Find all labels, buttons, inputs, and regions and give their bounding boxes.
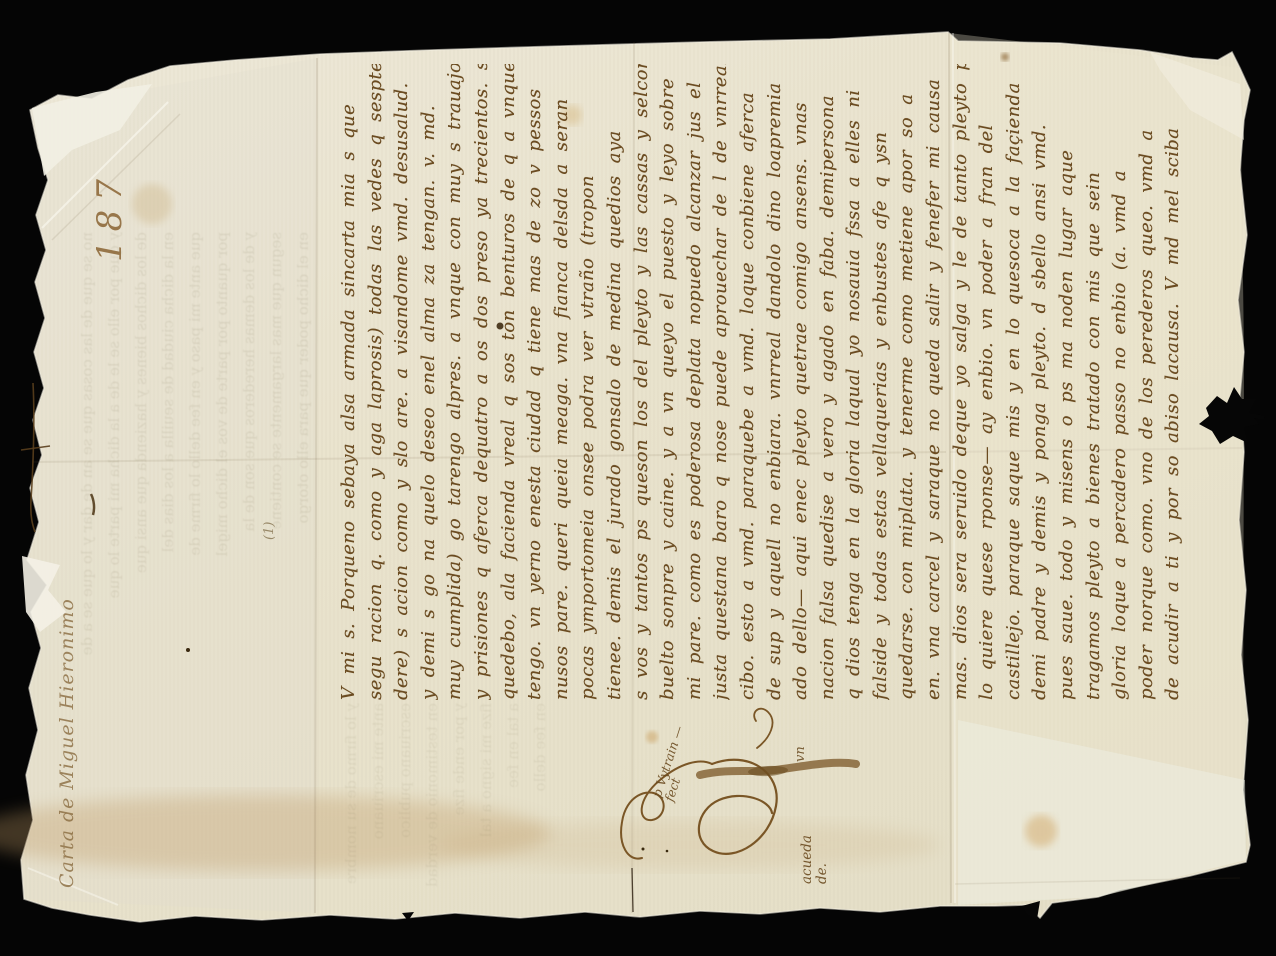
show-through-line: en el dicho poder que para ello otorgo — [290, 232, 317, 932]
letter-line: mi pare. como es poderosa deplata nopued… — [682, 64, 709, 700]
folio-number: 187 — [90, 170, 130, 262]
ink-spot-top — [1001, 53, 1009, 61]
closing-word: acueda de. — [800, 835, 830, 884]
show-through-line: fize mi signo a tal — [473, 703, 500, 928]
closing-word-line1: acueda — [800, 835, 815, 884]
letter-line: y demi s go na quelo deseo enel alma za … — [416, 64, 443, 700]
letter-line: V mi s. Porqueno sebaya alsa armada sinc… — [336, 64, 363, 700]
letter-line: y prisiones q aferca dequatro a os dos p… — [469, 64, 496, 700]
manuscript-photo: no se que de las cosas que se an de dar … — [0, 0, 1276, 956]
show-through-line: por quanto por parte de vos el dicho mig… — [209, 232, 236, 932]
show-through-text-center: y lo firmo de su nombreante mi escriuano… — [338, 703, 554, 928]
ink-dot-2 — [642, 848, 645, 851]
show-through-line: de los dichos bienes y hazienda que ansi… — [128, 232, 155, 932]
show-through-line: que ante mi paso y en fee dello lo firme… — [182, 232, 209, 932]
closing-word-line2: de. — [815, 835, 830, 884]
letter-body: V mi s. Porqueno sebaya alsa armada sinc… — [336, 64, 1187, 700]
corner-stain — [132, 184, 172, 224]
letter-line: tengo. vn yerno enesta ciudad q tiene ma… — [522, 64, 549, 700]
letter-line: de acudir a ti y por so abiso lacausa. V… — [1160, 64, 1187, 700]
letter-line: pocas ymportomeia onsee podra ver vtraño… — [575, 64, 602, 700]
letter-line: segu racion q. como y aga laprosis) toda… — [363, 64, 390, 700]
letter-line: buelto sonpre y caine. y a vn queyo el p… — [655, 64, 682, 700]
show-through-line: a tal en fee — [500, 703, 527, 928]
show-through-line: ante mi escriuano — [365, 703, 392, 928]
letter-line: dere) s acion como y slo are. a visandom… — [389, 64, 416, 700]
show-through-line: y que por ello se le de a la dicha mi pa… — [101, 232, 128, 932]
letter-line: castillejo. paraque saque mis y en lo qu… — [1001, 64, 1028, 700]
show-through-line: segun que mas largamente se contiene — [263, 232, 290, 932]
show-through-line: en testimonio de verdad — [419, 703, 446, 928]
letter-line: cibo. esto a vmd. paraquebe a vmd. loque… — [735, 64, 762, 700]
letter-line: s vos y tantos ps queson los del pleyto … — [629, 64, 656, 700]
show-through-line: y por ende fize — [446, 703, 473, 928]
letter-line: muy cumplida) go tarengo alpres. a vnque… — [442, 64, 469, 700]
letter-line: tragamos pleyto a bienes tratado con mis… — [1081, 64, 1108, 700]
letter-line: quedebo, ala facienda vreal q sos ton be… — [496, 64, 523, 700]
small-archival-mark: (1) — [262, 522, 277, 540]
letter-line: justa questana baro q nose puede aprouec… — [708, 64, 735, 700]
letter-line: tienee. demis el jurado gonsalo de medin… — [602, 64, 629, 700]
letter-line: nusos pare. queri queia meaga. vna fianc… — [549, 64, 576, 700]
letter-line: lo quiere quese rponse— ay enbio. vn pod… — [974, 64, 1001, 700]
letter-line: de sup y aquell no enbiara. vnrreal dand… — [762, 64, 789, 700]
margin-cross-mark — [31, 383, 35, 532]
small-stain-2 — [646, 731, 658, 743]
side-word: vn — [793, 746, 808, 762]
show-through-line: escriuano publico — [392, 703, 419, 928]
letter-line: demi padre y demis y ponga pleyto. d sbe… — [1027, 64, 1054, 700]
letter-line: poder norque como. vno de los perederos … — [1134, 64, 1161, 700]
show-through-line: y de los demas herederos que son de la — [236, 232, 263, 932]
letter-line: falside y todas estas vellaquerias y enb… — [868, 64, 895, 700]
letter-line: pues saue. todo y misens o ps ma noden l… — [1054, 64, 1081, 700]
docket-title: Carta de Miguel Hieronimo — [56, 554, 78, 888]
ink-dot-3 — [666, 850, 669, 853]
letter-line: mas. dios sera seruido deque yo salga y … — [948, 64, 975, 700]
letter-line: gloria loque a percadero passo no enbio … — [1107, 64, 1134, 700]
show-through-line: en fee dello — [527, 703, 554, 928]
round-stain — [1025, 815, 1057, 847]
letter-line: quedarse. con miplata. y tenerme como me… — [894, 64, 921, 700]
show-through-line: y lo firmo de su nombre — [338, 703, 365, 928]
letter-line: nacion falsa quedise a vero y agado en f… — [815, 64, 842, 700]
letter-line: q dios tenga en la gloria laqual yo nosa… — [841, 64, 868, 700]
letter-line: en. vna carcel y saraque no queda salir … — [921, 64, 948, 700]
show-through-line: no se que de las cosas que se an de dar … — [74, 232, 101, 932]
show-through-line: en la dicha ciudad de seuilla a los dias… — [155, 232, 182, 932]
show-through-text-left: no se que de las cosas que se an de dar … — [74, 232, 317, 932]
letter-line: ado dello— aqui enec pleyto quetrae comi… — [788, 64, 815, 700]
